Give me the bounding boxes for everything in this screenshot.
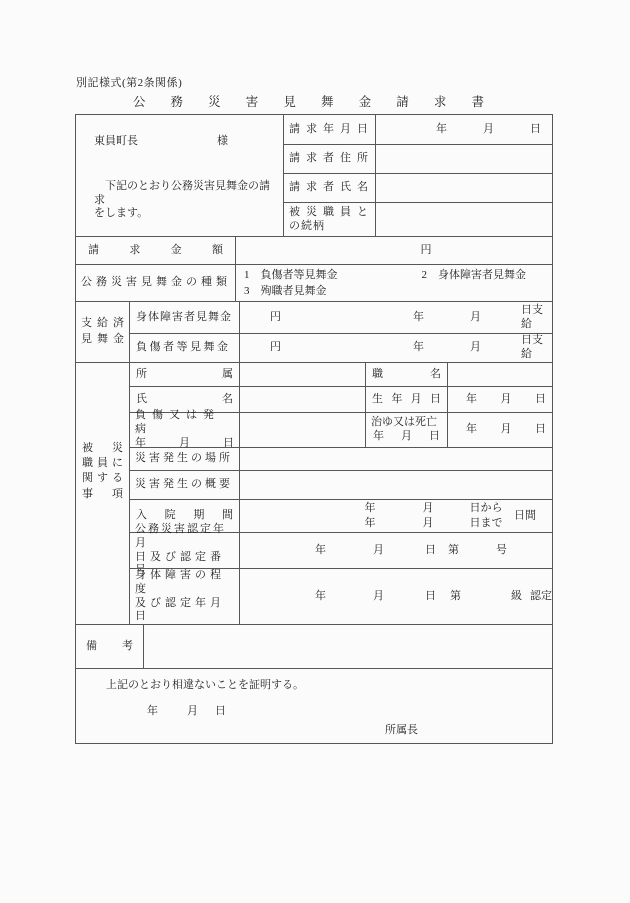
claimant-name-label: 請求者氏名 (284, 174, 375, 202)
approval-date-label: 公務災害認定年月 日及び認定番号 (130, 533, 239, 568)
section-claimant: 東員町長 様 下記のとおり公務災害見舞金の請求 をします。 請求年月日 年 月 … (76, 115, 552, 236)
paid-benefit-section: 支 給 済 見 舞 金 身体障害者見舞金 円 年 月 日支給 (76, 301, 552, 362)
claimant-name-value-cell (375, 174, 552, 202)
benefit-kind-row: 公務災害見舞金の種類 1 負傷者等見舞金 2 身体障害者見舞金 3 殉職者見舞金 (76, 264, 552, 301)
paid-benefit-group-label: 支 給 済 見 舞 金 (76, 302, 129, 362)
disability-grade-value: 年 月 日 第 級 認定 (239, 569, 552, 624)
table-row: 負傷者等見舞金 円 年 月 日支給 (130, 333, 552, 362)
remarks-row: 備 考 (76, 624, 552, 668)
heal-death-date-label: 治ゆ又は死亡 年 月 日 (365, 413, 447, 447)
paid-injury-value: 円 年 月 日支給 (239, 334, 552, 362)
request-statement-line1: 下記のとおり公務災害見舞金の請求 (94, 180, 277, 208)
table-row: 災害発生の場所 (130, 447, 552, 470)
addressee: 東員町長 (94, 135, 138, 149)
claim-date-year: 年 (436, 123, 447, 137)
disaster-place-label: 災害発生の場所 (130, 448, 239, 470)
job-title-value-cell (447, 363, 552, 386)
disaster-place-value-cell (239, 448, 552, 470)
table-row: 公務災害認定年月 日及び認定番号 年 月 日 第 号 (130, 532, 552, 568)
honorific: 様 (217, 135, 228, 149)
claim-date-label: 請求年月日 (284, 115, 375, 144)
request-statement: 下記のとおり公務災害見舞金の請求 をします。 (94, 180, 277, 221)
form-table: 東員町長 様 下記のとおり公務災害見舞金の請求 をします。 請求年月日 年 月 … (75, 114, 553, 744)
claim-amount-label: 請 求 金 額 (76, 237, 235, 264)
victim-section-label: 被 災 職 員 に 関 す る 事 項 (76, 363, 129, 624)
certification-section: 上記のとおり相違ないことを証明する。 年 月 日 所属長 (76, 668, 552, 743)
table-row: 請求年月日 年 月 日 (284, 115, 552, 144)
benefit-kind-option-3: 3 殉職者見舞金 (244, 284, 552, 300)
table-row: 請求者住所 (284, 144, 552, 173)
form-note: 別記様式(第2条関係) (76, 77, 182, 91)
disaster-outline-value-cell (239, 471, 552, 498)
paid-disability-value: 円 年 月 日支給 (239, 302, 552, 333)
claimant-address-value-cell (375, 145, 552, 173)
form-title: 公 務 災 害 見 舞 金 請 求 書 (75, 95, 553, 111)
benefit-kind-option-1: 1 負傷者等見舞金 (244, 268, 338, 284)
claim-amount-unit: 円 (421, 244, 432, 258)
claim-date-value: 年 月 日 (375, 115, 552, 144)
remarks-value-cell (143, 625, 552, 668)
heal-death-date-value: 年 月 日 (447, 413, 552, 447)
signer-title: 所属長 (385, 724, 418, 738)
disaster-outline-label: 災害発生の概要 (130, 471, 239, 498)
form-page: 別記様式(第2条関係) 公 務 災 害 見 舞 金 請 求 書 東員町長 様 下… (0, 0, 630, 903)
birth-date-value: 年 月 日 (447, 387, 552, 412)
claim-date-day: 日 (530, 123, 541, 137)
hospitalization-value: 年 月 日から 年 月 日まで 日間 (239, 500, 552, 533)
table-row: 請求者氏名 (284, 173, 552, 202)
injury-date-value-cell (239, 413, 365, 447)
table-row: 被災職員と の続柄 (284, 202, 552, 236)
birth-date-label: 生 年 月 日 (365, 387, 447, 412)
addressee-cell: 東員町長 様 下記のとおり公務災害見舞金の請求 をします。 (76, 115, 283, 236)
table-row: 身体障害の程度 及び認定年月日 年 月 日 第 級 認定 (130, 568, 552, 624)
claimant-info-grid: 請求年月日 年 月 日 請求者住所 請求者氏名 (283, 115, 552, 236)
benefit-kind-label: 公務災害見舞金の種類 (76, 265, 235, 301)
table-row: 身体障害者見舞金 円 年 月 日支給 (130, 302, 552, 333)
claim-date-month: 月 (483, 123, 494, 137)
approval-date-value: 年 月 日 第 号 (239, 533, 552, 568)
certification-date: 年 月 日 (76, 705, 552, 719)
benefit-kind-options: 1 負傷者等見舞金 2 身体障害者見舞金 3 殉職者見舞金 (235, 265, 552, 301)
request-statement-line2: をします。 (94, 207, 277, 221)
certification-statement: 上記のとおり相違ないことを証明する。 (106, 679, 552, 693)
affiliation-value-cell (239, 363, 365, 386)
injury-date-label: 負傷又は発病 年 月 日 (130, 413, 239, 447)
affiliation-label: 所 属 (130, 363, 239, 386)
paid-disability-label: 身体障害者見舞金 (130, 302, 239, 333)
claim-amount-value-cell: 円 (235, 237, 552, 264)
paid-injury-label: 負傷者等見舞金 (130, 334, 239, 362)
table-row: 負傷又は発病 年 月 日 治ゆ又は死亡 年 月 日 (130, 412, 552, 447)
addressee-line: 東員町長 様 (94, 135, 277, 149)
hospitalization-days: 日間 (514, 508, 536, 523)
table-row: 所 属 職 名 (130, 363, 552, 386)
claimant-address-label: 請求者住所 (284, 145, 375, 173)
relation-label: 被災職員と の続柄 (284, 203, 375, 236)
table-row: 災害発生の概要 (130, 470, 552, 498)
remarks-label: 備 考 (76, 625, 143, 668)
claim-amount-row: 請 求 金 額 円 (76, 236, 552, 264)
victim-section: 被 災 職 員 に 関 す る 事 項 (76, 362, 552, 624)
relation-value-cell (375, 203, 552, 236)
name-value-cell (239, 387, 365, 412)
disability-grade-label: 身体障害の程度 及び認定年月日 (130, 569, 239, 624)
benefit-kind-option-2: 2 身体障害者見舞金 (422, 268, 527, 284)
job-title-label: 職 名 (365, 363, 447, 386)
